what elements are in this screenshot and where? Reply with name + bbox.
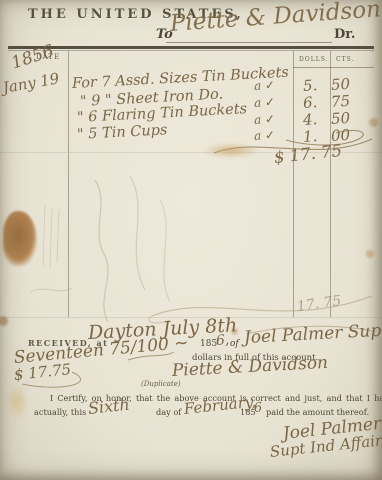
foxing-dot	[366, 250, 374, 258]
dolls-column-header: DOLLS.	[299, 56, 329, 63]
entry-date-handwritten: Jany 19	[1, 69, 60, 97]
line-item-check-mark: a ✓	[254, 112, 276, 127]
dolls-column-rule	[293, 51, 294, 317]
line-item-description: " 5 Tin Cups	[77, 122, 168, 143]
ink-stain-blob	[3, 211, 37, 266]
foxing-stain	[6, 384, 28, 420]
amount-header-underline	[293, 67, 374, 68]
of-label: of	[230, 339, 239, 349]
duplicate-label: (Duplicate)	[141, 380, 181, 388]
actually-this-label: actually, this	[34, 407, 86, 417]
day-handwritten: Sixth	[87, 395, 131, 418]
line-item-check-mark: a ✓	[254, 78, 276, 93]
cert-year-handwritten: 6	[253, 400, 263, 416]
dr-label: Dr.	[334, 27, 355, 42]
fold-crease	[0, 152, 382, 154]
tan-smudge	[202, 143, 260, 158]
cts-column-header: CTS.	[336, 56, 354, 63]
faint-total-amount: 17. 75	[296, 293, 342, 315]
header-rule-thin	[8, 50, 374, 51]
date-column-rule	[68, 51, 69, 317]
day-of-label: day of	[156, 407, 181, 417]
header-rule-thick	[8, 46, 374, 49]
payer-name-handwritten: Joel Palmer Supt	[243, 320, 382, 348]
foxing-dot	[369, 118, 378, 127]
line-item-check-mark: a ✓	[254, 95, 276, 110]
line-item-check-mark: a ✓	[254, 128, 276, 143]
year-handwritten: 6,	[215, 332, 229, 349]
scanned-receipt-document: THE UNITED STATES, To Piette & Davidson …	[0, 0, 382, 480]
year-printed: 185	[200, 339, 217, 349]
payee-underline	[166, 42, 332, 43]
